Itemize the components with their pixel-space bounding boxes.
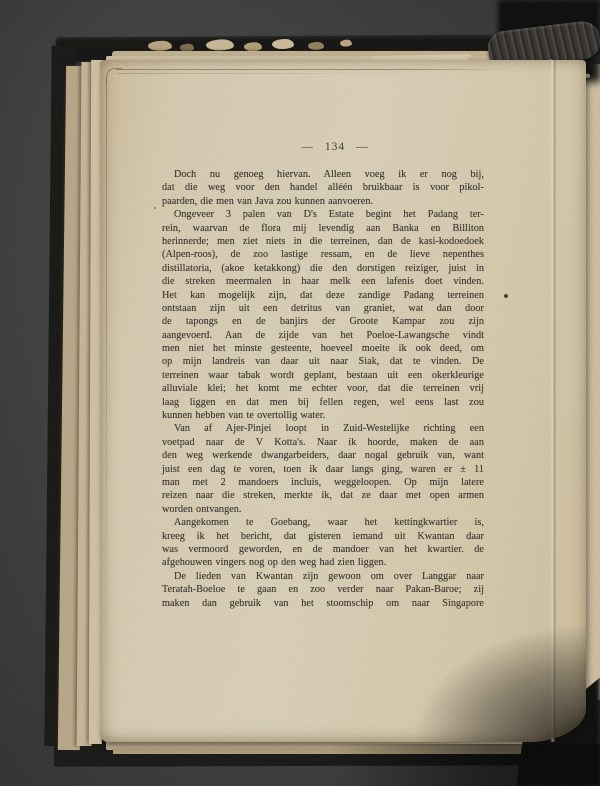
page-number: — 134 — [162,140,484,154]
text-line: Doch nu genoeg hiervan. Alleen voeg ik e… [162,168,484,181]
text-line: die streken meermalen in haar melk een l… [162,275,484,288]
text-line: rein, waarvan de flora mij levendig aan … [162,222,484,235]
text-line: Teratah-Boeloe te gaan en zoo verder naa… [162,583,484,596]
text-line: was vermoord geworden, en de mandoer van… [162,543,484,556]
ink-speck [154,207,156,209]
book-page: — 134 — Doch nu genoeg hiervan. Alleen v… [100,60,586,742]
text-line: laag liggen en dat men bij fellen regen,… [162,396,484,409]
text-line: maken dan gebruik van het stoomschip om … [162,597,484,610]
page-border-frame [116,69,508,70]
text-line: (Alpen-roos), de zoo lastige ressam, en … [162,248,484,261]
text-line: den weg werkende dwangarbeiders, daar no… [162,449,484,462]
text-lines: Doch nu genoeg hiervan. Alleen voeg ik e… [162,168,484,610]
text-line: afgehouwen vingers nog op den weg had zi… [162,556,484,569]
ink-speck [504,294,508,298]
text-line: men niet het minste gesteente, hoeveel m… [162,342,484,355]
text-line: herinnerde; men ziet niets in die terrei… [162,235,484,248]
text-line: Ongeveer 3 palen van D's Estate begint h… [162,208,484,221]
text-line: terreinen waar tabak wordt geplant, best… [162,369,484,382]
text-line: worden ontvangen. [162,503,484,516]
bottom-shadow [330,744,600,786]
text-line: kunnen hebben van te overtollig water. [162,409,484,422]
page-border-frame [118,73,418,74]
cover-wear-spot [272,39,294,49]
text-line: op mijn landreis van daar uit naar Siak,… [162,355,484,368]
page-border-frame-corner [106,68,122,84]
text-line: de tapongs en de banjirs der Groote Kamp… [162,315,484,328]
text-line: aangevoerd. Aan de zijde van het Poeloe-… [162,329,484,342]
text-line: Aangekomen te Goebang, waar het kettingk… [162,516,484,529]
cover-wear-spot [340,40,352,47]
gutter-shadow [416,627,586,742]
text-line: reizen naar die streken, merkte ik, dat … [162,489,484,502]
cover-wear-spot [308,42,324,50]
text-line: juist een dag te voren, toen ik daar lan… [162,463,484,476]
text-line: voetpad naar de V Kotta's. Naar ik hoord… [162,436,484,449]
text-line: Het kan mogelijk zijn, dat deze zandige … [162,289,484,302]
cover-wear-spot [244,42,262,51]
text-line: paarden, die men van Java zou kunnen aan… [162,195,484,208]
text-line: De lieden van Kwantan zijn gewoon om ove… [162,570,484,583]
text-line: kreeg ik het bericht, dat gisteren ieman… [162,530,484,543]
cover-wear-spot [148,41,172,51]
text-line: dat die weg voor den handel alléén bruik… [162,181,484,194]
page-border-frame [106,80,107,700]
text-line: ontstaan zijn uit een detritus van grani… [162,302,484,315]
book-photo-scene: — 134 — Doch nu genoeg hiervan. Alleen v… [0,0,600,786]
text-line: man met 2 mandoers incluis, weggeloopen.… [162,476,484,489]
text-line: Van af Ajer-Pinjei loopt in Zuid-Westeli… [162,422,484,435]
text-line: alluviale klei; het komt me echter voor,… [162,382,484,395]
page-text: — 134 — Doch nu genoeg hiervan. Alleen v… [162,140,484,688]
text-line: distillatoria, (akoe ketakkong) die den … [162,262,484,275]
cover-wear-spot [206,39,234,50]
